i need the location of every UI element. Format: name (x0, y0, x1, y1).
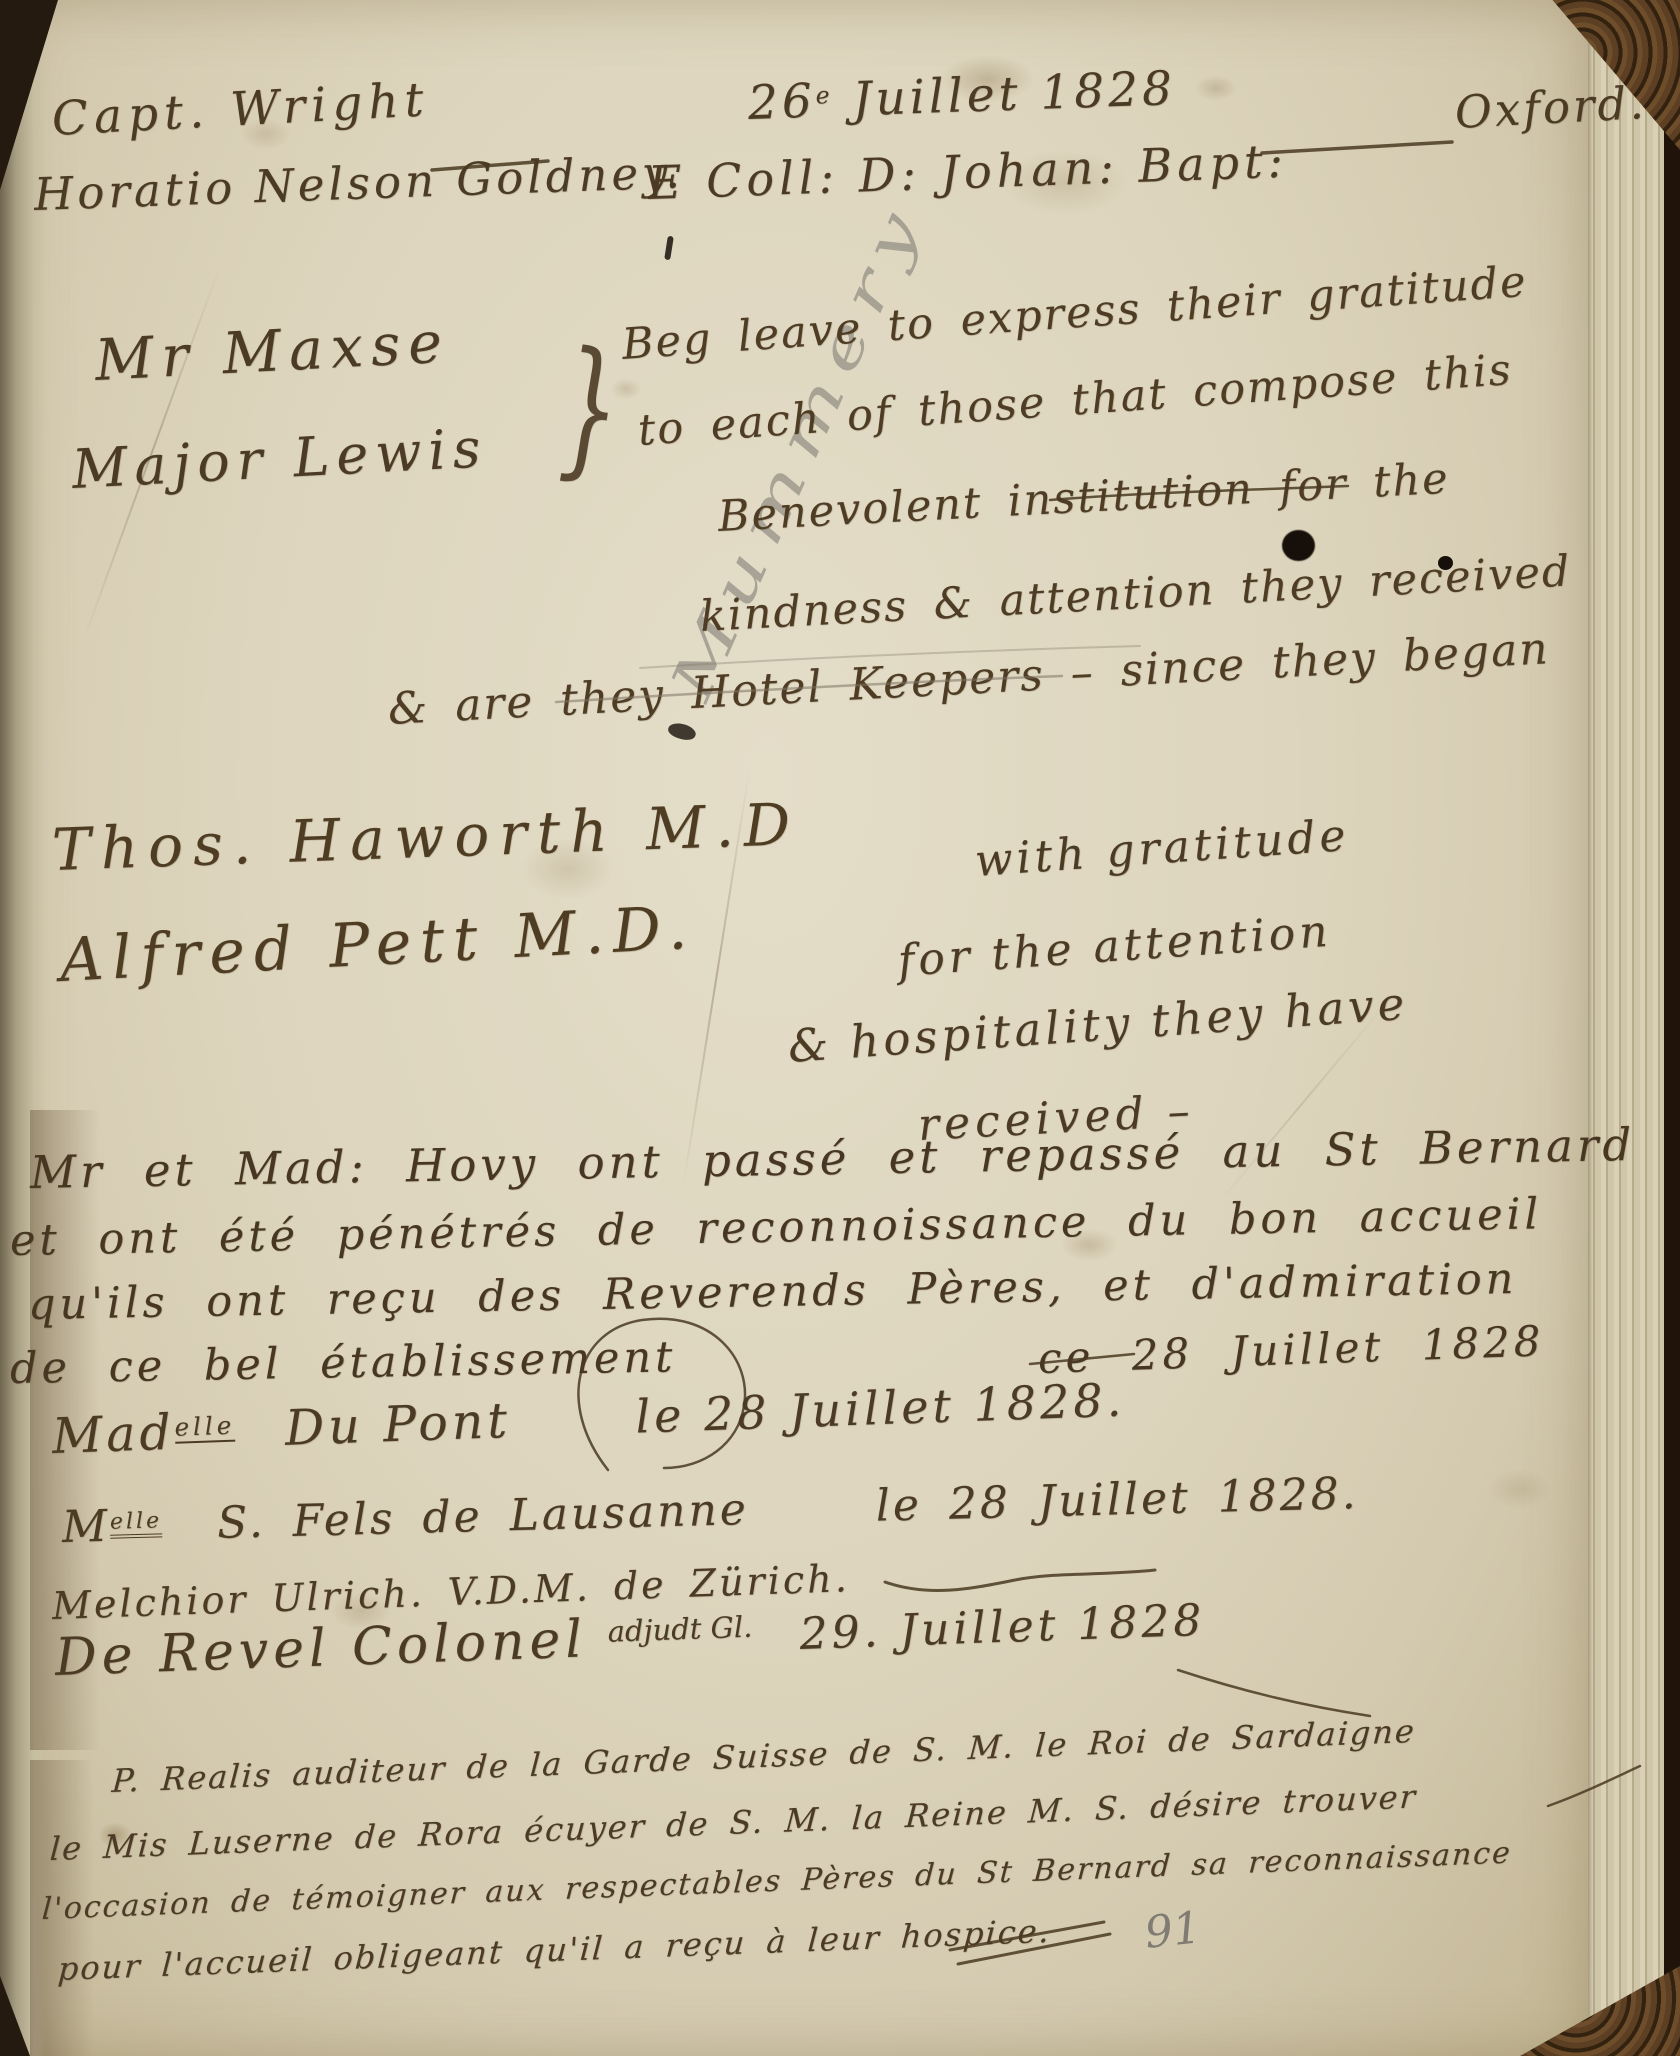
page-stack-fore-edge (1588, 0, 1666, 2056)
date-month-year: Juillet 1828 (852, 61, 1177, 127)
revel-rank: adjudt Gl. (607, 1610, 753, 1649)
dupont-title-sup: elle (174, 1410, 236, 1443)
book-cover-right (1664, 0, 1680, 2056)
date-ordinal: e (815, 81, 834, 110)
page-number-pencil: 91 (1142, 1902, 1203, 1959)
dupont-name: Du Pont (284, 1392, 512, 1457)
names-brace: } (556, 318, 623, 498)
manuscript-scan: Capt. Wright 26e Juillet 1828 Oxford. Ho… (0, 0, 1680, 2056)
fels-title: M (61, 1501, 110, 1553)
date-day: 26 (747, 74, 817, 131)
fels-title-sup: elle (110, 1508, 163, 1538)
paper-stain (1488, 1468, 1552, 1510)
ink-blot (1282, 530, 1315, 561)
entry-wright-place: Oxford. (1454, 76, 1648, 139)
paper-stain (1195, 75, 1237, 101)
dupont-title: Mad (51, 1404, 176, 1465)
